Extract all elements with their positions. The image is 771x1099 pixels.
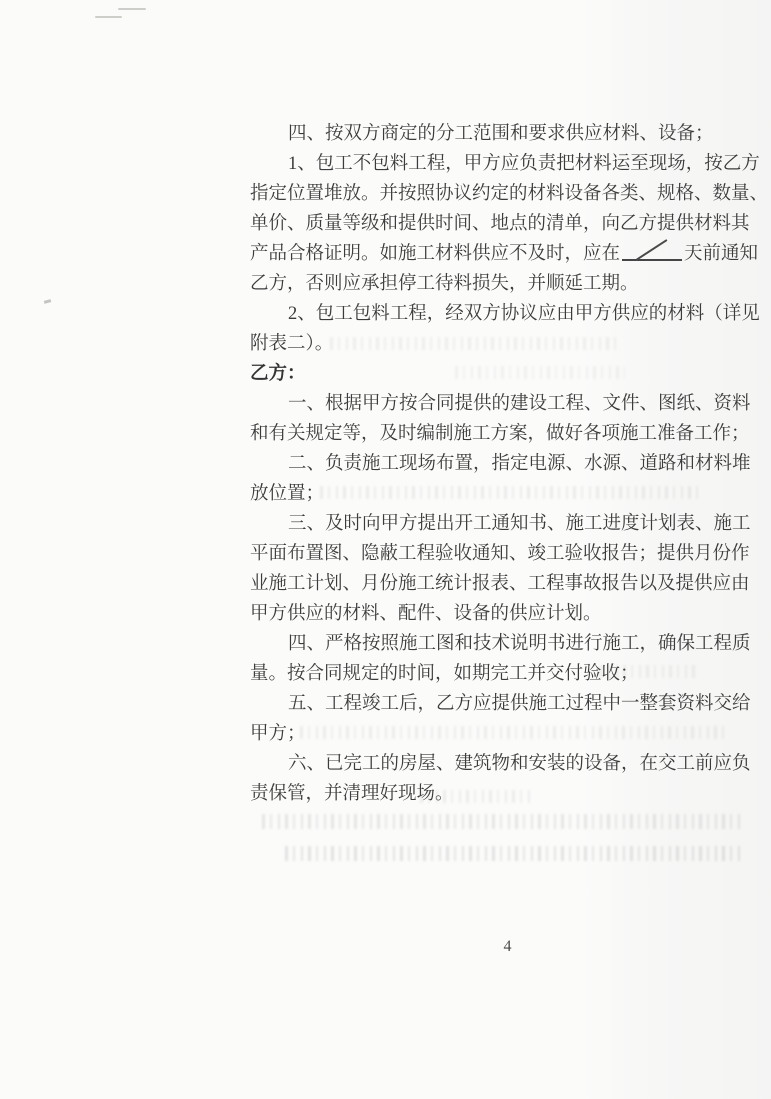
contract-line: 四、严格按照施工图和技术说明书进行施工，确保工程质 bbox=[250, 629, 770, 659]
contract-line: 六、已完工的房屋、建筑物和安装的设备，在交工前应负 bbox=[250, 749, 770, 779]
fill-in-blank bbox=[622, 245, 682, 261]
scan-speck bbox=[44, 299, 52, 304]
page-number: 4 bbox=[250, 938, 766, 956]
contract-line: 四、按双方商定的分工范围和要求供应材料、设备； bbox=[250, 119, 770, 149]
contract-line: 平面布置图、隐蔽工程验收通知、竣工验收报告；提供月份作 bbox=[250, 539, 770, 569]
contract-line: 五、工程竣工后，乙方应提供施工过程中一整套资料交给 bbox=[250, 689, 770, 719]
contract-line: 单价、质量等级和提供时间、地点的清单，向乙方提供材料其 bbox=[250, 209, 770, 239]
contract-line: 责保管，并清理好现场。 bbox=[250, 779, 770, 809]
contract-line: 附表二）。 bbox=[250, 329, 770, 359]
line-text: 产品合格证明。如施工材料供应不及时，应在 bbox=[250, 244, 620, 264]
contract-line: 放位置； bbox=[250, 479, 770, 509]
scanner-scratch-mark bbox=[95, 16, 122, 18]
contract-line: 业施工计划、月份施工统计报表、工程事故报告以及提供应由 bbox=[250, 569, 770, 599]
contract-line: 指定位置堆放。并按照协议约定的材料设备各类、规格、数量、 bbox=[250, 179, 770, 209]
party-b-heading: 乙方： bbox=[250, 359, 770, 389]
scanner-scratch-mark bbox=[118, 8, 146, 10]
contract-line: 1、包工不包料工程，甲方应负责把材料运至现场，按乙方 bbox=[250, 149, 770, 179]
contract-line: 一、根据甲方按合同提供的建设工程、文件、图纸、资料 bbox=[250, 389, 770, 419]
contract-line: 乙方，否则应承担停工待料损失，并顺延工期。 bbox=[250, 269, 770, 299]
contract-line: 甲方； bbox=[250, 719, 770, 749]
contract-line: 二、负责施工现场布置，指定电源、水源、道路和材料堆 bbox=[250, 449, 770, 479]
bleedthrough-ghost-text bbox=[262, 814, 740, 829]
handwritten-slash-mark bbox=[635, 239, 667, 261]
contract-line: 产品合格证明。如施工材料供应不及时，应在天前通知 bbox=[250, 239, 770, 269]
line-text: 天前通知 bbox=[684, 244, 758, 264]
contract-line: 和有关规定等，及时编制施工方案，做好各项施工准备工作； bbox=[250, 419, 770, 449]
contract-line: 甲方供应的材料、配件、设备的供应计划。 bbox=[250, 599, 770, 629]
contract-body: 四、按双方商定的分工范围和要求供应材料、设备；1、包工不包料工程，甲方应负责把材… bbox=[250, 119, 770, 809]
contract-line: 量。按合同规定的时间，如期完工并交付验收； bbox=[250, 659, 770, 689]
contract-line: 三、及时向甲方提出开工通知书、施工进度计划表、施工 bbox=[250, 509, 770, 539]
contract-line: 2、包工包料工程，经双方协议应由甲方供应的材料（详见 bbox=[250, 299, 770, 329]
bleedthrough-ghost-text bbox=[285, 846, 745, 861]
